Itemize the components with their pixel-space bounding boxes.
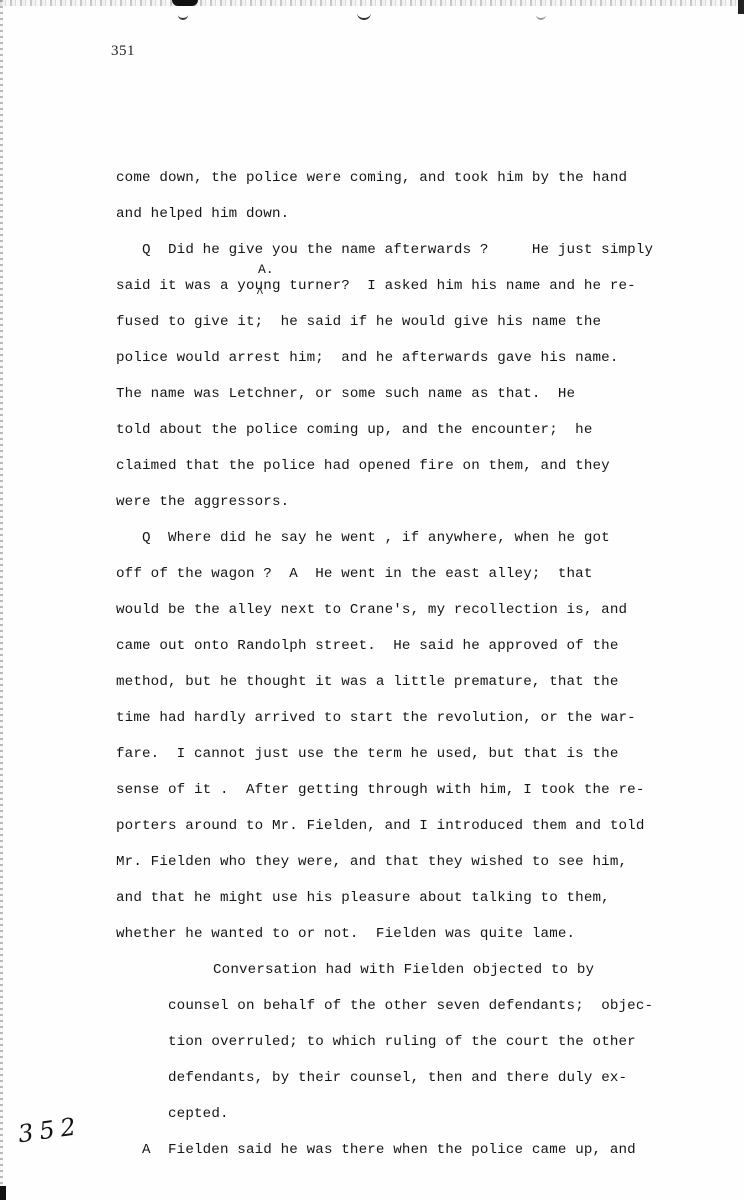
insertion-caret: ^ bbox=[256, 286, 264, 301]
text-line: whether he wanted to or not. Fielden was… bbox=[116, 926, 575, 942]
text-line: were the aggressors. bbox=[116, 494, 289, 510]
ink-blot bbox=[172, 0, 198, 6]
binding-hole-mark bbox=[357, 10, 371, 20]
objection-line: Conversation had with Fielden objected t… bbox=[213, 962, 594, 978]
text-line: said it was a young turner? I asked him … bbox=[116, 278, 636, 294]
text-line: time had hardly arrived to start the rev… bbox=[116, 710, 636, 726]
text-line: The name was Letchner, or some such name… bbox=[116, 386, 575, 402]
text-line: told about the police coming up, and the… bbox=[116, 422, 593, 438]
text-line: porters around to Mr. Fielden, and I int… bbox=[116, 818, 645, 834]
objection-line: cepted. bbox=[168, 1106, 229, 1122]
binding-hole-mark bbox=[178, 10, 188, 20]
text-line: police would arrest him; and he afterwar… bbox=[116, 350, 619, 366]
handwritten-page-note: 352 bbox=[16, 1112, 83, 1149]
scan-corner-mark bbox=[738, 0, 744, 14]
scan-edge-bar bbox=[0, 1186, 6, 1200]
objection-line: counsel on behalf of the other seven def… bbox=[168, 998, 653, 1014]
text-line: and that he might use his pleasure about… bbox=[116, 890, 610, 906]
answer-line: A Fielden said he was there when the pol… bbox=[142, 1142, 636, 1158]
text-line: and helped him down. bbox=[116, 206, 289, 222]
text-line: sense of it . After getting through with… bbox=[116, 782, 645, 798]
objection-line: tion overruled; to which ruling of the c… bbox=[168, 1034, 636, 1050]
text-line: came out onto Randolph street. He said h… bbox=[116, 638, 619, 654]
text-line: off of the wagon ? A He went in the east… bbox=[116, 566, 593, 582]
text-line: Mr. Fielden who they were, and that they… bbox=[116, 854, 627, 870]
text-line: claimed that the police had opened fire … bbox=[116, 458, 610, 474]
text-line: fused to give it; he said if he would gi… bbox=[116, 314, 601, 330]
transcript-page: 351 come down, the police were coming, a… bbox=[0, 0, 744, 1200]
page-number: 351 bbox=[111, 43, 135, 60]
text-line: method, but he thought it was a little p… bbox=[116, 674, 619, 690]
binding-hole-mark bbox=[536, 10, 546, 20]
scan-left-edge bbox=[0, 0, 3, 1200]
inserted-answer-mark: A. bbox=[258, 262, 274, 277]
objection-line: defendants, by their counsel, then and t… bbox=[168, 1070, 627, 1086]
text-line: fare. I cannot just use the term he used… bbox=[116, 746, 619, 762]
text-line: would be the alley next to Crane's, my r… bbox=[116, 602, 627, 618]
scan-top-edge bbox=[0, 0, 744, 6]
question-line: Q Where did he say he went , if anywhere… bbox=[142, 530, 610, 546]
question-line: Q Did he give you the name afterwards ? … bbox=[142, 242, 653, 258]
text-line: come down, the police were coming, and t… bbox=[116, 170, 627, 186]
